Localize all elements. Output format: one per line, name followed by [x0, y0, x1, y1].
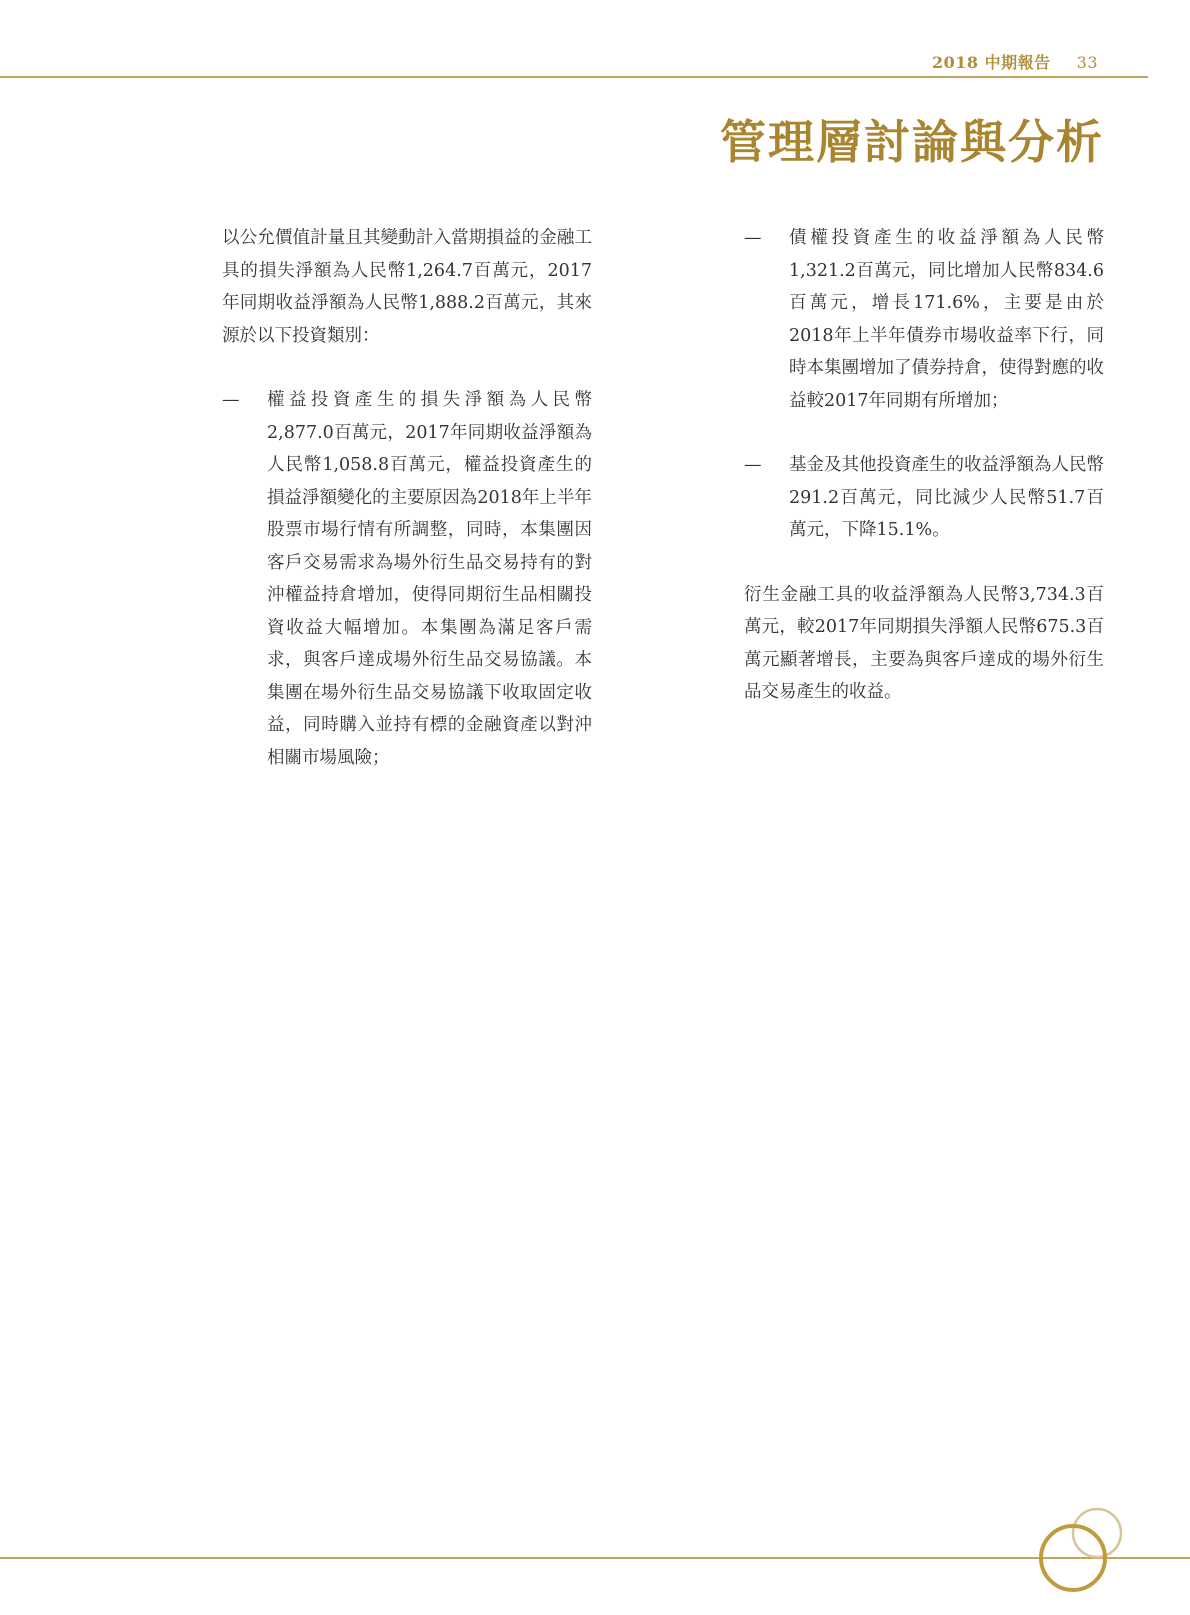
- left-column: 以公允價值計量且其變動計入當期損益的金融工具的損失淨額為人民幣1,264.7百萬…: [222, 222, 592, 806]
- header-rule: [0, 76, 1148, 78]
- dash-marker: —: [744, 449, 764, 482]
- dash-marker: —: [222, 384, 242, 417]
- bullet-debt-investments: — 債權投資產生的收益淨額為人民幣1,321.2百萬元，同比增加人民幣834.6…: [744, 222, 1104, 417]
- bullet-text: 債權投資產生的收益淨額為人民幣1,321.2百萬元，同比增加人民幣834.6百萬…: [789, 228, 1104, 411]
- running-header: 2018 中期報告33: [932, 50, 1098, 73]
- footer-rule: [0, 1557, 1190, 1559]
- page-number: 33: [1077, 53, 1098, 72]
- derivatives-paragraph: 衍生金融工具的收益淨額為人民幣3,734.3百萬元，較2017年同期損失淨額人民…: [744, 579, 1104, 709]
- right-column: — 債權投資產生的收益淨額為人民幣1,321.2百萬元，同比增加人民幣834.6…: [744, 222, 1104, 741]
- report-title: 2018 中期報告: [932, 53, 1051, 72]
- bullet-text: 權益投資產生的損失淨額為人民幣2,877.0百萬元，2017年同期收益淨額為人民…: [267, 390, 592, 768]
- bullet-fund-investments: — 基金及其他投資產生的收益淨額為人民幣291.2百萬元，同比減少人民幣51.7…: [744, 449, 1104, 547]
- section-title: 管理層討論與分析: [720, 106, 1104, 172]
- bullet-equity-investments: — 權益投資產生的損失淨額為人民幣2,877.0百萬元，2017年同期收益淨額為…: [222, 384, 592, 774]
- dash-marker: —: [744, 222, 764, 255]
- decorative-rings-icon: [1030, 1495, 1150, 1605]
- intro-paragraph: 以公允價值計量且其變動計入當期損益的金融工具的損失淨額為人民幣1,264.7百萬…: [222, 222, 592, 352]
- bullet-text: 基金及其他投資產生的收益淨額為人民幣291.2百萬元，同比減少人民幣51.7百萬…: [789, 455, 1104, 540]
